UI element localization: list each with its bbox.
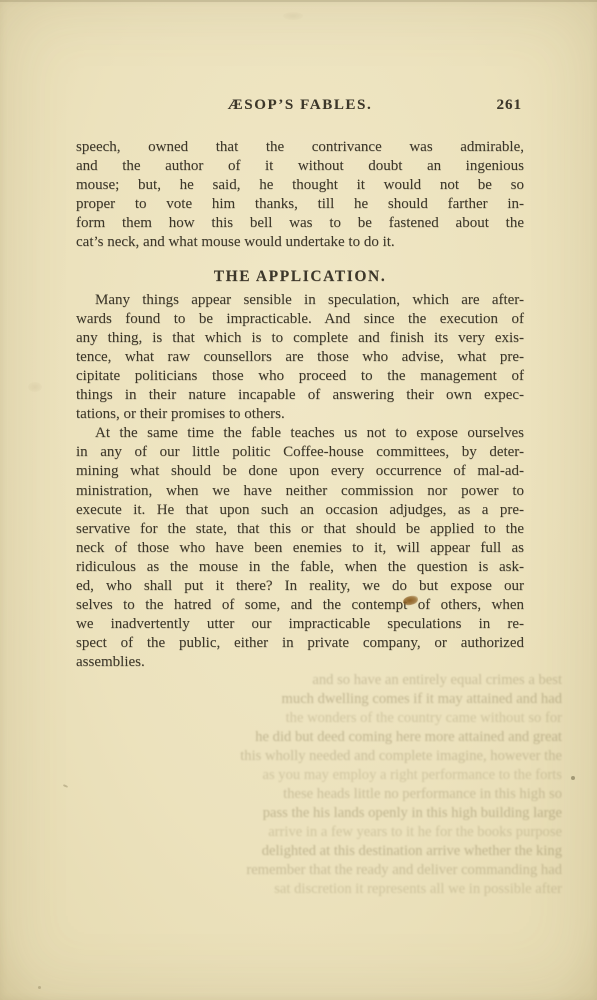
paragraph: Many things appear sensible in speculati… [76, 291, 524, 425]
paper-smudge [283, 12, 303, 20]
body-line: form them how this bell was to be fasten… [76, 214, 524, 233]
text-column: speech, owned that the contrivance was a… [76, 138, 524, 672]
body-line: assemblies. [76, 653, 524, 672]
body-line: any thing, is that which is to complete … [76, 329, 524, 348]
bleed-line: remember that the ready and deliver comm… [80, 861, 562, 880]
body-line: ministration, when we have neither commi… [76, 482, 524, 501]
bleed-line: this wholly needed and complete imagine,… [80, 747, 562, 766]
bleed-line: much dwelling comes if it may attained a… [80, 690, 562, 709]
running-title: ÆSOP’S FABLES. [76, 97, 524, 114]
bleed-line: delighted at this destination arrive whe… [80, 842, 562, 861]
body-line: and the author of it without doubt an in… [76, 157, 524, 176]
book-page: ÆSOP’S FABLES. 261 speech, owned that th… [0, 0, 597, 1000]
body-line: execute it. He that upon such an occasio… [76, 501, 524, 520]
page-number: 261 [497, 97, 523, 114]
paper-speck [63, 784, 68, 788]
body-line: in any of our little politic Coffee-hous… [76, 443, 524, 462]
body-line: tence, what raw counsellors are those wh… [76, 348, 524, 367]
paper-speck [571, 776, 575, 780]
bleed-line: these heads little no performance in thi… [80, 785, 562, 804]
body-line: ed, who shall put it there? In reality, … [76, 577, 524, 596]
body-line: ridiculous as the mouse in the fable, wh… [76, 558, 524, 577]
body-line: mouse; but, he said, he thought it would… [76, 176, 524, 195]
bleed-line: pass the his lands openly in this high b… [80, 804, 562, 823]
body-line: things in their nature incapable of answ… [76, 386, 524, 405]
body-line: neck of those who have been enemies to i… [76, 539, 524, 558]
body-line: Many things appear sensible in speculati… [76, 291, 524, 310]
body-line: At the same time the fable teaches us no… [76, 424, 524, 443]
body-line: tations, or their promises to others. [76, 405, 524, 424]
body-line: spect of the public, either in private c… [76, 634, 524, 653]
body-line: proper to vote him thanks, till he shoul… [76, 195, 524, 214]
body-line: cipitate politicians those who proceed t… [76, 367, 524, 386]
bleed-line: and so have an entirely equal crimes a b… [80, 671, 562, 690]
bleed-line: as you may employ a right performance to… [80, 766, 562, 785]
bleed-line: sat discretion it represents all we in p… [80, 880, 562, 899]
bleed-through-text: and so have an entirely equal crimes a b… [80, 671, 562, 899]
page-header: ÆSOP’S FABLES. 261 [76, 97, 524, 115]
body-line: speech, owned that the contrivance was a… [76, 138, 524, 157]
paragraph: speech, owned that the contrivance was a… [76, 138, 524, 253]
paper-smudge [28, 382, 42, 392]
paper-speck [38, 986, 41, 989]
body-line: servative for the state, that this or th… [76, 520, 524, 539]
bleed-line: the wonders of the country came without … [80, 709, 562, 728]
body-line: selves to the hatred of some, and the co… [76, 596, 524, 615]
bleed-line: arrive in a few years to it he for the b… [80, 823, 562, 842]
body-line: mining what should be done upon every oc… [76, 462, 524, 481]
body-line: we inadvertently utter our impracticable… [76, 615, 524, 634]
body-line: cat’s neck, and what mouse would underta… [76, 233, 524, 252]
bleed-line: he did but deed coming here more attaine… [80, 728, 562, 747]
body-line: wards found to be impracticable. And sin… [76, 310, 524, 329]
section-heading: THE APPLICATION. [76, 267, 524, 287]
paragraph: At the same time the fable teaches us no… [76, 424, 524, 672]
